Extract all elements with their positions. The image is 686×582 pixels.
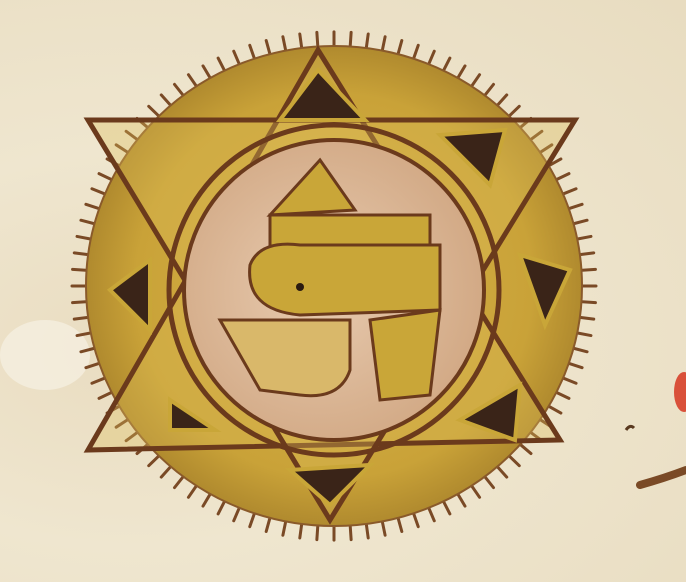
red-mark	[674, 372, 686, 412]
brown-stroke	[640, 470, 686, 485]
medallion-illustration	[0, 0, 686, 582]
small-mark	[626, 426, 634, 430]
